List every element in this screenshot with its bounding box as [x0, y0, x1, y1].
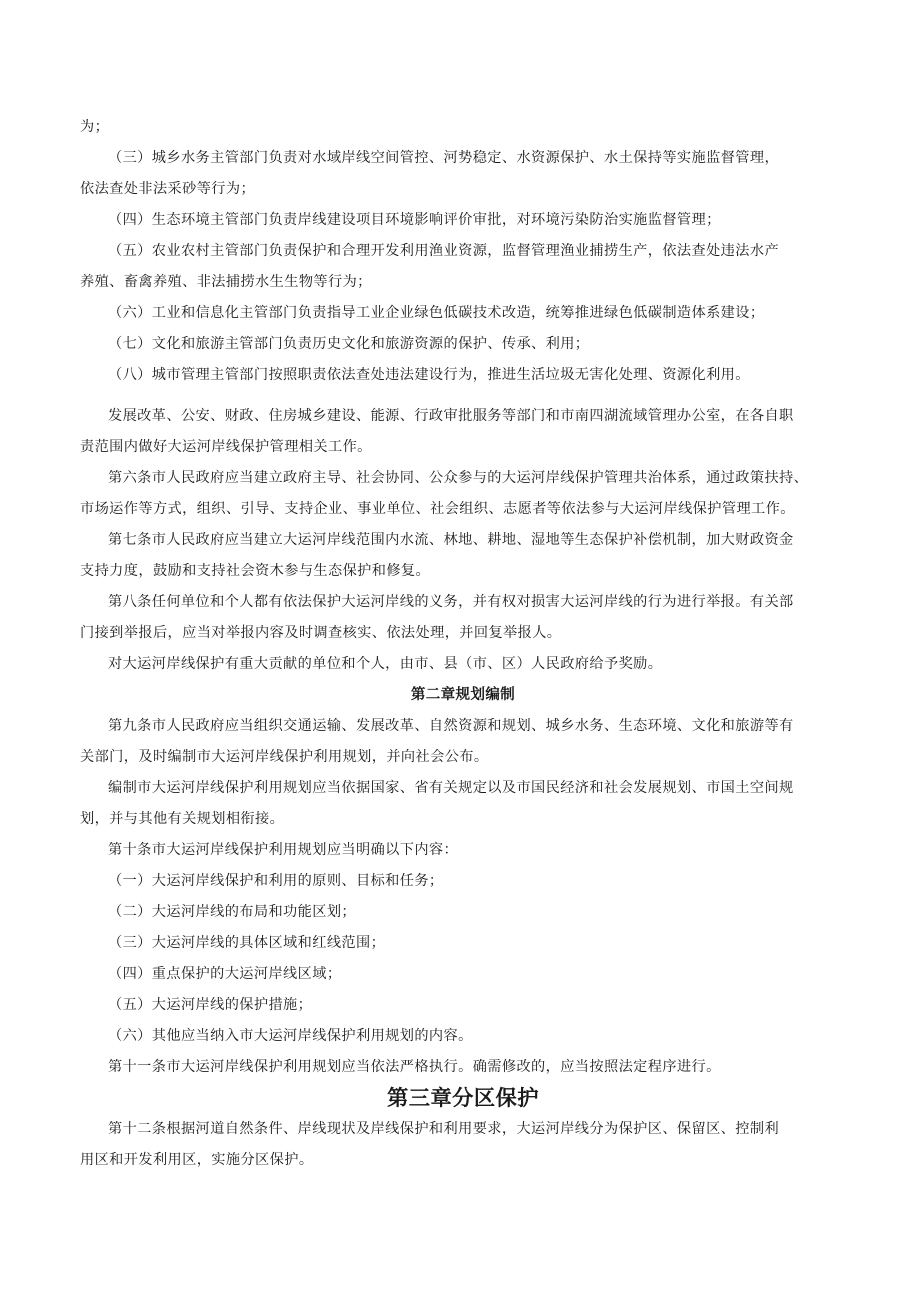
text-line: 对大运河岸线保护有重大贡献的单位和个人，由市、县（市、区）人民政府给予奖励。	[80, 649, 846, 680]
list-item-5: （五）大运河岸线的保护措施；	[80, 990, 846, 1021]
paragraph-item-5: （五）农业农村主管部门负责保护和合理开发利用渔业资源，监督管理渔业捕捞生产，依法…	[80, 236, 846, 267]
text-line: 支持力度，鼓励和支持社会资木参与生态保护和修复。	[80, 556, 846, 587]
text-line: （四）重点保护的大运河岸线区域；	[80, 959, 846, 990]
paragraph-continuation: 支持力度，鼓励和支持社会资木参与生态保护和修复。	[80, 556, 846, 587]
text-line: （六）工业和信息化主管部门负责指导工业企业绿色低碳技术改造，统筹推进绿色低碳制造…	[80, 298, 846, 329]
paragraph-continuation: 责范围内做好大运河岸线保护管理相关工作。	[80, 432, 846, 463]
list-item-3: （三）大运河岸线的具体区域和红线范围；	[80, 928, 846, 959]
article-8: 第八条任何单位和个人都有依法保护大运河岸线的义务，并有权对损害大运河岸线的行为进…	[80, 587, 846, 618]
text-line: 第十一条市大运河岸线保护利用规划应当依法严格执行。确需修改的，应当按照法定程序进…	[80, 1052, 846, 1083]
text-line: 发展改革、公安、财政、住房城乡建设、能源、行政审批服务等部门和市南四湖流域管理办…	[80, 401, 846, 432]
chapter-2-heading: 第二章规划编制	[80, 680, 846, 711]
list-item-2: （二）大运河岸线的布局和功能区划；	[80, 897, 846, 928]
text-line: 划，并与其他有关规划相衔接。	[80, 804, 846, 835]
paragraph-item-3: （三）城乡水务主管部门负责对水域岸线空间管控、河势稳定、水资源保护、水土保持等实…	[80, 143, 846, 174]
paragraph-continuation: 依法查处非法采砂等行为；	[80, 174, 846, 205]
text-line: 第十二条根据河道自然条件、岸线现状及岸线保护和利用要求，大运河岸线分为保护区、保…	[80, 1114, 846, 1145]
text-line: 第九条市人民政府应当组织交通运输、发展改革、自然资源和规划、城乡水务、生态环境、…	[80, 711, 846, 742]
text-line: 市场运作等方式，组织、引导、支持企业、事业单位、社会组织、志愿者等依法参与大运河…	[80, 494, 846, 525]
text-line: 为；	[80, 112, 846, 143]
list-item-4: （四）重点保护的大运河岸线区域；	[80, 959, 846, 990]
text-line: 第七条市人民政府应当建立大运河岸线范围内水流、林地、耕地、湿地等生态保护补偿机制…	[80, 525, 846, 556]
text-line: （三）大运河岸线的具体区域和红线范围；	[80, 928, 846, 959]
paragraph: 为；	[80, 112, 846, 143]
article-9: 第九条市人民政府应当组织交通运输、发展改革、自然资源和规划、城乡水务、生态环境、…	[80, 711, 846, 742]
paragraph-continuation: 用区和开发利用区，实施分区保护。	[80, 1145, 846, 1176]
text-line: 养殖、畜禽养殖、非法捕捞水生生物等行为；	[80, 267, 846, 298]
text-line: （二）大运河岸线的布局和功能区划；	[80, 897, 846, 928]
text-line: 门接到举报后，应当对举报内容及时调查核实、依法处理，并回复举报人。	[80, 618, 846, 649]
text-line: （七）文化和旅游主管部门负责历史文化和旅游资源的保护、传承、利用；	[80, 329, 846, 360]
paragraph-other-departments: 发展改革、公安、财政、住房城乡建设、能源、行政审批服务等部门和市南四湖流域管理办…	[80, 401, 846, 432]
text-line: （八）城市管理主管部门按照职责依法查处违法建设行为，推进生活垃圾无害化处理、资源…	[80, 360, 846, 391]
text-line: 关部门，及时编制市大运河岸线保护利用规划，并向社会公布。	[80, 742, 846, 773]
article-7: 第七条市人民政府应当建立大运河岸线范围内水流、林地、耕地、湿地等生态保护补偿机制…	[80, 525, 846, 556]
paragraph-continuation: 门接到举报后，应当对举报内容及时调查核实、依法处理，并回复举报人。	[80, 618, 846, 649]
text-line: 第六条市人民政府应当建立政府主导、社会协同、公众参与的大运河岸线保护管理共治体系…	[80, 463, 846, 494]
paragraph-item-4: （四）生态环境主管部门负责岸线建设项目环境影响评价审批，对环境污染防治实施监督管…	[80, 205, 846, 236]
chapter-3-heading: 第三章分区保护	[80, 1083, 846, 1114]
paragraph-item-6: （六）工业和信息化主管部门负责指导工业企业绿色低碳技术改造，统筹推进绿色低碳制造…	[80, 298, 846, 329]
paragraph-continuation: 市场运作等方式，组织、引导、支持企业、事业单位、社会组织、志愿者等依法参与大运河…	[80, 494, 846, 525]
article-11: 第十一条市大运河岸线保护利用规划应当依法严格执行。确需修改的，应当按照法定程序进…	[80, 1052, 846, 1083]
text-line: 第八条任何单位和个人都有依法保护大运河岸线的义务，并有权对损害大运河岸线的行为进…	[80, 587, 846, 618]
text-line: 编制市大运河岸线保护利用规划应当依据国家、省有关规定以及市国民经济和社会发展规划…	[80, 773, 846, 804]
paragraph-plan-basis: 编制市大运河岸线保护利用规划应当依据国家、省有关规定以及市国民经济和社会发展规划…	[80, 773, 846, 804]
paragraph-reward: 对大运河岸线保护有重大贡献的单位和个人，由市、县（市、区）人民政府给予奖励。	[80, 649, 846, 680]
list-item-1: （一）大运河岸线保护和利用的原则、目标和任务；	[80, 866, 846, 897]
paragraph-continuation: 关部门，及时编制市大运河岸线保护利用规划，并向社会公布。	[80, 742, 846, 773]
article-10: 第十条市大运河岸线保护利用规划应当明确以下内容：	[80, 835, 846, 866]
text-line: （一）大运河岸线保护和利用的原则、目标和任务；	[80, 866, 846, 897]
text-line: （三）城乡水务主管部门负责对水域岸线空间管控、河势稳定、水资源保护、水土保持等实…	[80, 143, 846, 174]
text-line: （四）生态环境主管部门负责岸线建设项目环境影响评价审批，对环境污染防治实施监督管…	[80, 205, 846, 236]
paragraph-continuation: 划，并与其他有关规划相衔接。	[80, 804, 846, 835]
text-line: （六）其他应当纳入市大运河岸线保护利用规划的内容。	[80, 1021, 846, 1052]
text-line: 依法查处非法采砂等行为；	[80, 174, 846, 205]
paragraph-item-8: （八）城市管理主管部门按照职责依法查处违法建设行为，推进生活垃圾无害化处理、资源…	[80, 360, 846, 391]
text-line: 用区和开发利用区，实施分区保护。	[80, 1145, 846, 1176]
text-line: 责范围内做好大运河岸线保护管理相关工作。	[80, 432, 846, 463]
text-line: 第十条市大运河岸线保护利用规划应当明确以下内容：	[80, 835, 846, 866]
document-page: 为； （三）城乡水务主管部门负责对水域岸线空间管控、河势稳定、水资源保护、水土保…	[80, 112, 846, 1176]
spacer	[80, 391, 846, 401]
article-6: 第六条市人民政府应当建立政府主导、社会协同、公众参与的大运河岸线保护管理共治体系…	[80, 463, 846, 494]
text-line: （五）大运河岸线的保护措施；	[80, 990, 846, 1021]
paragraph-continuation: 养殖、畜禽养殖、非法捕捞水生生物等行为；	[80, 267, 846, 298]
list-item-6: （六）其他应当纳入市大运河岸线保护利用规划的内容。	[80, 1021, 846, 1052]
text-line: （五）农业农村主管部门负责保护和合理开发利用渔业资源，监督管理渔业捕捞生产，依法…	[80, 236, 846, 267]
paragraph-item-7: （七）文化和旅游主管部门负责历史文化和旅游资源的保护、传承、利用；	[80, 329, 846, 360]
article-12: 第十二条根据河道自然条件、岸线现状及岸线保护和利用要求，大运河岸线分为保护区、保…	[80, 1114, 846, 1145]
